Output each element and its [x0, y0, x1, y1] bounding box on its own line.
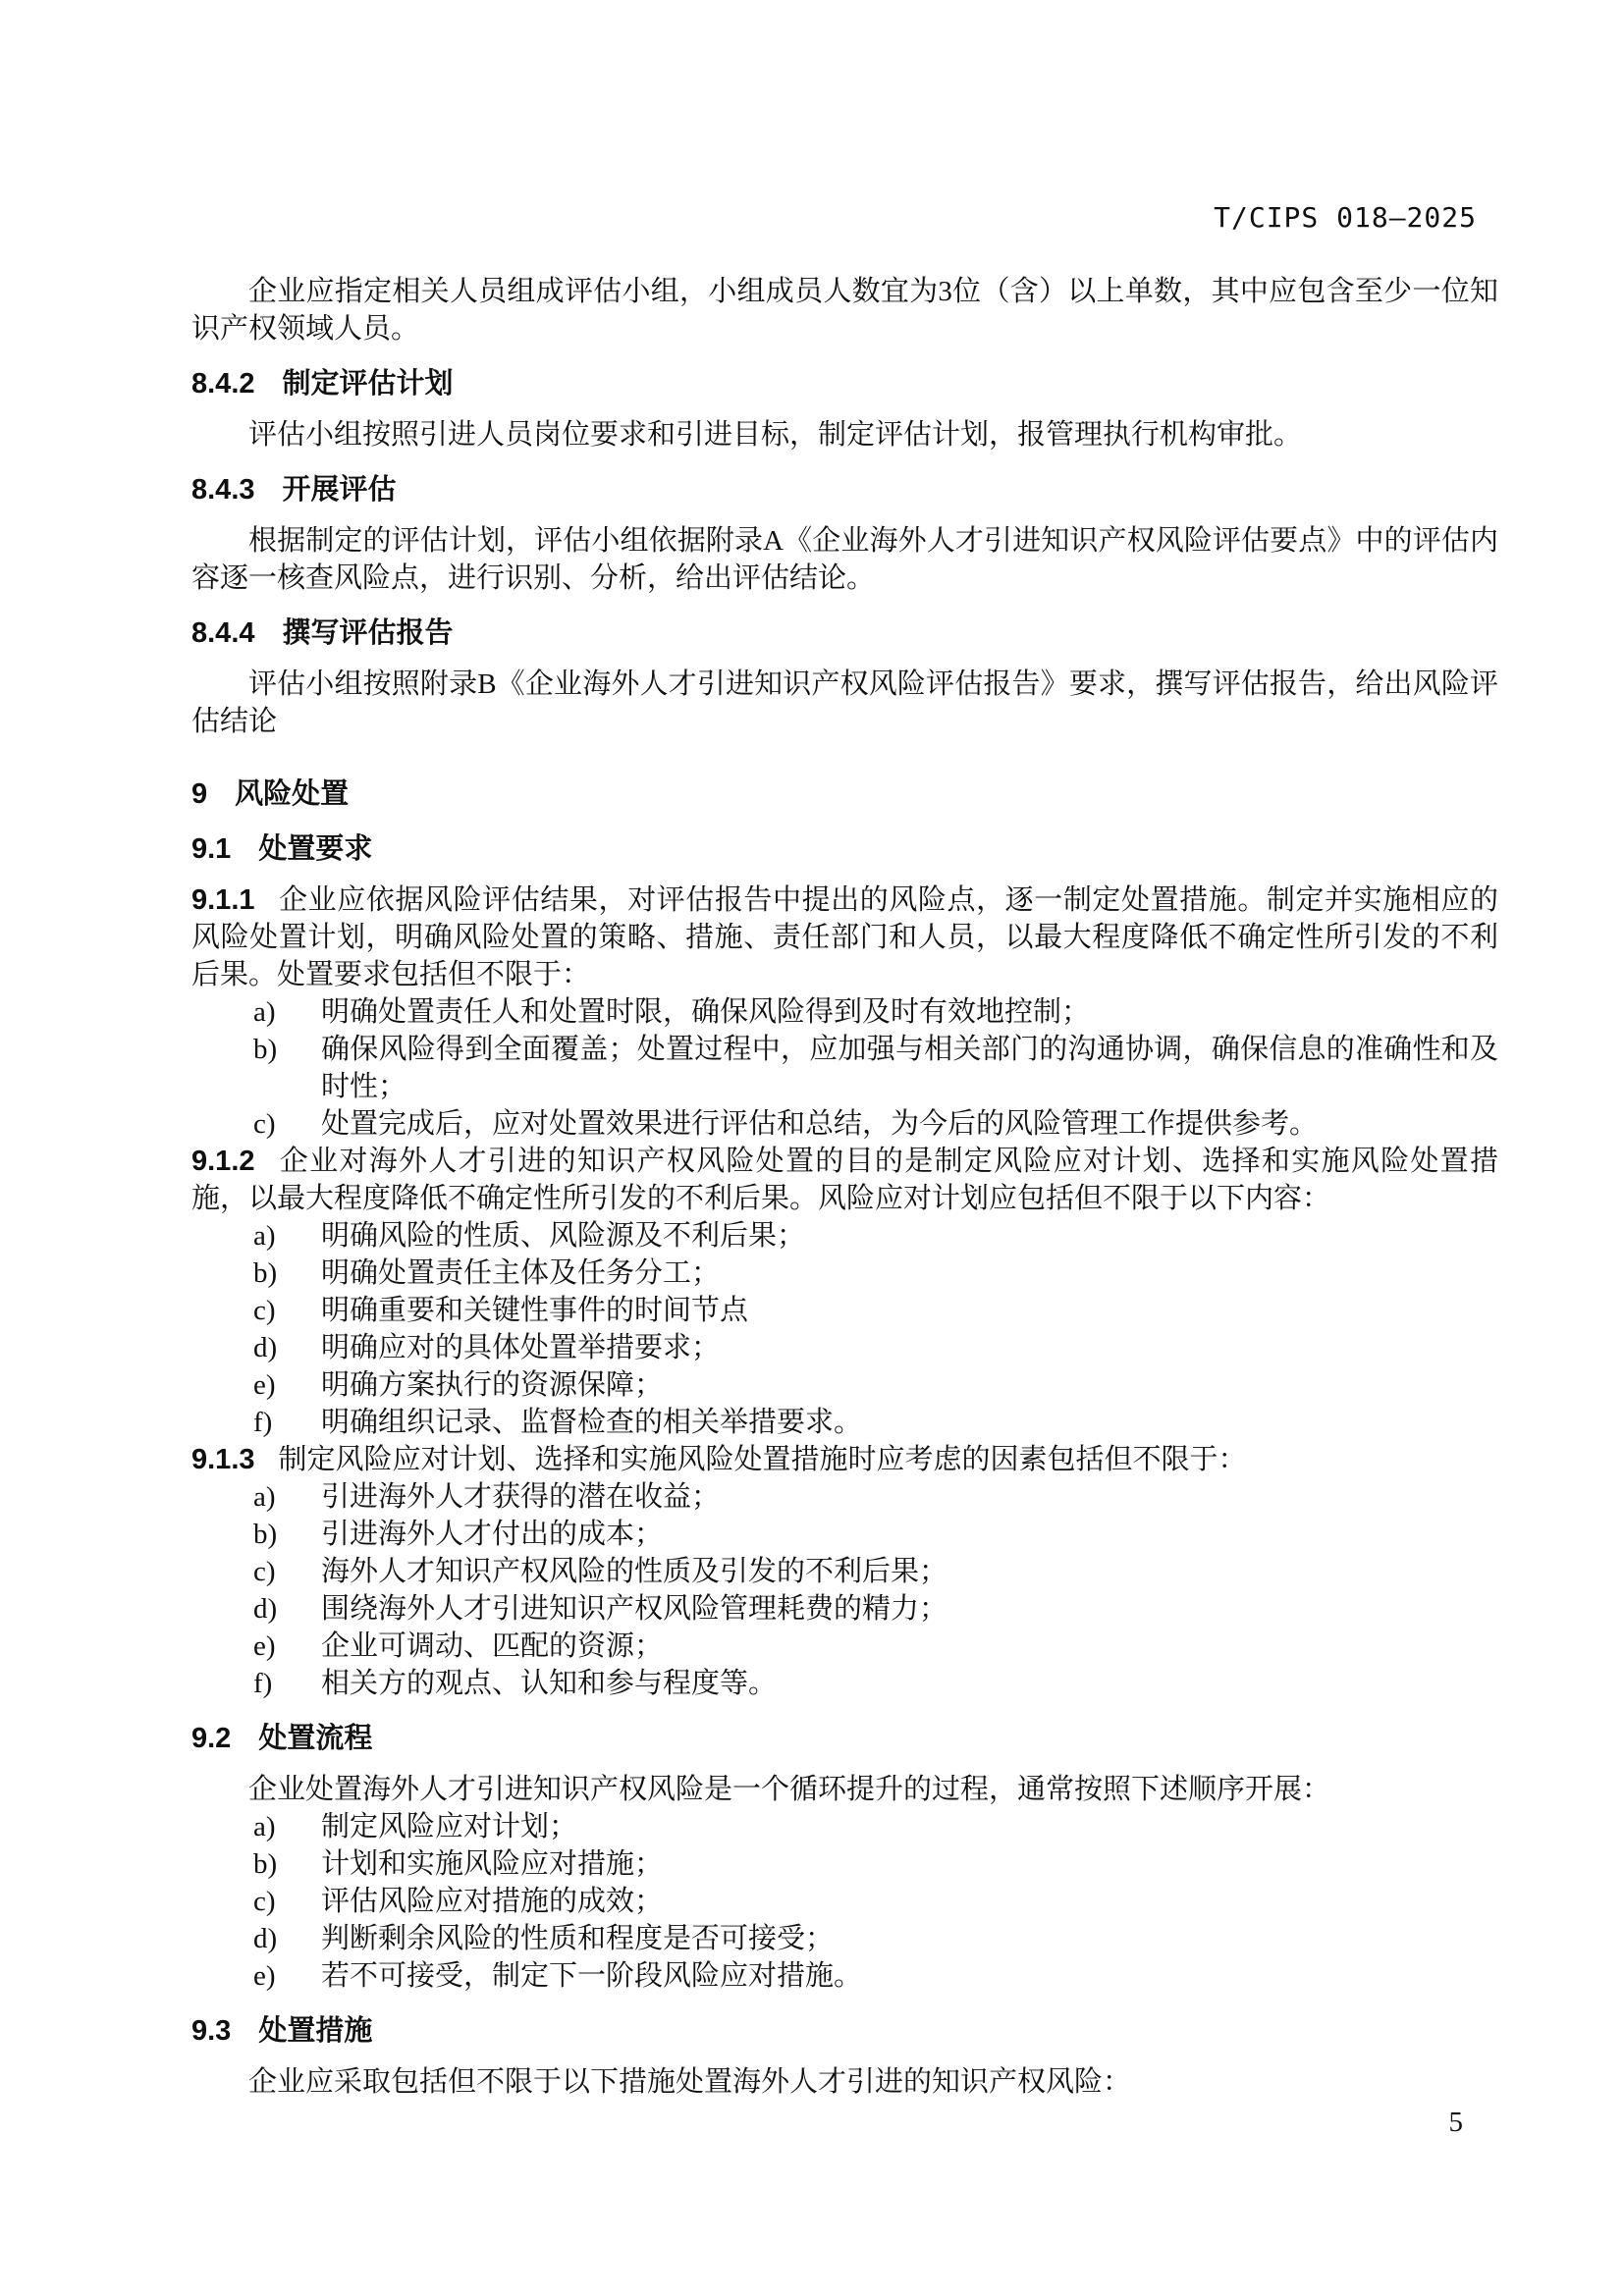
- paragraph: 评估小组按照附录B《企业海外人才引进知识产权风险评估报告》要求，撰写评估报告，给…: [191, 666, 1498, 740]
- list-item-text: 明确处置责任人和处置时限，确保风险得到及时有效地控制；: [321, 996, 1090, 1028]
- clause-paragraph: 9.1.3制定风险应对计划、选择和实施风险处置措施时应考虑的因素包括但不限于：: [191, 1441, 1498, 1478]
- list-item-text: 判断剩余风险的性质和程度是否可接受；: [321, 1923, 834, 1954]
- list-item: a)明确处置责任人和处置时限，确保风险得到及时有效地控制；: [191, 993, 1498, 1031]
- section-heading: 9.1处置要求: [191, 830, 1498, 868]
- heading-number: 9: [191, 778, 207, 810]
- list-item: d)围绕海外人才引进知识产权风险管理耗费的精力；: [191, 1590, 1498, 1628]
- list-item-marker: a): [253, 1808, 276, 1845]
- heading-number: 9.3: [191, 2015, 231, 2047]
- list-item-marker: b): [253, 1516, 277, 1553]
- list-item: b)明确处置责任主体及任务分工；: [191, 1255, 1498, 1292]
- list-item-marker: d): [253, 1590, 277, 1628]
- heading-title: 撰写评估报告: [283, 617, 454, 649]
- clause-text: 企业对海外人才引进的知识产权风险处置的目的是制定风险应对计划、选择和实施风险处置…: [191, 1146, 1498, 1214]
- list-item-text: 引进海外人才付出的成本；: [321, 1519, 663, 1550]
- list-item: a)制定风险应对计划；: [191, 1808, 1498, 1845]
- page-number: 5: [1449, 2107, 1464, 2139]
- list-item: f)相关方的观点、认知和参与程度等。: [191, 1665, 1498, 1702]
- heading-title: 处置措施: [258, 2015, 372, 2047]
- list-item-text: 明确风险的性质、风险源及不利后果；: [321, 1220, 805, 1252]
- list-item-marker: f): [253, 1404, 272, 1441]
- heading-title: 处置流程: [258, 1723, 372, 1754]
- clause-paragraph: 9.1.2企业对海外人才引进的知识产权风险处置的目的是制定风险应对计划、选择和实…: [191, 1143, 1498, 1217]
- chapter-heading: 9风险处置: [191, 775, 1498, 813]
- list-item-text: 评估风险应对措施的成效；: [321, 1886, 663, 1917]
- list-item-text: 明确方案执行的资源保障；: [321, 1369, 663, 1401]
- list-item-text: 围绕海外人才引进知识产权风险管理耗费的精力；: [321, 1593, 947, 1625]
- section-heading: 8.4.2制定评估计划: [191, 365, 1498, 402]
- list-item-marker: b): [253, 1845, 277, 1883]
- section-heading: 9.3处置措施: [191, 2012, 1498, 2050]
- clause-number: 9.1.1: [191, 884, 255, 916]
- list-item: b)计划和实施风险应对措施；: [191, 1845, 1498, 1883]
- list-item-text: 处置完成后，应对处置效果进行评估和总结，为今后的风险管理工作提供参考。: [321, 1108, 1318, 1140]
- paragraph: 企业应指定相关人员组成评估小组，小组成员人数宜为3位（含）以上单数，其中应包含至…: [191, 273, 1498, 347]
- heading-title: 风险处置: [235, 778, 349, 810]
- list-item-text: 相关方的观点、认知和参与程度等。: [321, 1668, 777, 1699]
- list-item-marker: c): [253, 1553, 276, 1590]
- list-item-text: 明确应对的具体处置举措要求；: [321, 1332, 720, 1363]
- section-heading: 9.2处置流程: [191, 1720, 1498, 1757]
- list-item: e)若不可接受，制定下一阶段风险应对措施。: [191, 1957, 1498, 1995]
- list-item-text: 确保风险得到全面覆盖；处置过程中，应加强与相关部门的沟通协调，确保信息的准确性和…: [321, 1034, 1498, 1102]
- document-page: T/CIPS 018—2025 企业应指定相关人员组成评估小组，小组成员人数宜为…: [0, 0, 1624, 2296]
- list-item: a)引进海外人才获得的潜在收益；: [191, 1478, 1498, 1516]
- list-item-marker: f): [253, 1665, 272, 1702]
- list-item-marker: a): [253, 1217, 276, 1255]
- document-body: 企业应指定相关人员组成评估小组，小组成员人数宜为3位（含）以上单数，其中应包含至…: [191, 273, 1498, 2101]
- list-item: d)明确应对的具体处置举措要求；: [191, 1329, 1498, 1366]
- list-item-text: 若不可接受，制定下一阶段风险应对措施。: [321, 1960, 862, 1992]
- list-item: b)确保风险得到全面覆盖；处置过程中，应加强与相关部门的沟通协调，确保信息的准确…: [191, 1031, 1498, 1105]
- list-item-text: 企业可调动、匹配的资源；: [321, 1630, 663, 1662]
- list-item-text: 明确重要和关键性事件的时间节点: [321, 1295, 748, 1326]
- list-item-marker: d): [253, 1329, 277, 1366]
- section-heading: 8.4.3开展评估: [191, 471, 1498, 508]
- list-item: e)明确方案执行的资源保障；: [191, 1366, 1498, 1404]
- paragraph: 企业处置海外人才引进知识产权风险是一个循环提升的过程，通常按照下述顺序开展：: [191, 1771, 1498, 1808]
- list-item: f)明确组织记录、监督检查的相关举措要求。: [191, 1404, 1498, 1441]
- list-item: c)明确重要和关键性事件的时间节点: [191, 1292, 1498, 1329]
- heading-number: 9.2: [191, 1723, 231, 1754]
- list-item-marker: c): [253, 1292, 276, 1329]
- list-item-marker: c): [253, 1105, 276, 1143]
- list-item: c)处置完成后，应对处置效果进行评估和总结，为今后的风险管理工作提供参考。: [191, 1105, 1498, 1143]
- list-item: b)引进海外人才付出的成本；: [191, 1516, 1498, 1553]
- clause-number: 9.1.2: [191, 1146, 255, 1177]
- paragraph: 企业应采取包括但不限于以下措施处置海外人才引进的知识产权风险：: [191, 2063, 1498, 2101]
- heading-title: 开展评估: [283, 474, 397, 506]
- document-number-header: T/CIPS 018—2025: [1214, 201, 1477, 234]
- heading-number: 8.4.4: [191, 617, 255, 649]
- list-item: e)企业可调动、匹配的资源；: [191, 1628, 1498, 1665]
- heading-number: 8.4.2: [191, 368, 255, 400]
- list-item: a)明确风险的性质、风险源及不利后果；: [191, 1217, 1498, 1255]
- list-item-marker: a): [253, 993, 276, 1031]
- paragraph: 评估小组按照引进人员岗位要求和引进目标，制定评估计划，报管理执行机构审批。: [191, 416, 1498, 454]
- clause-number: 9.1.3: [191, 1444, 255, 1475]
- list-item-marker: e): [253, 1628, 276, 1665]
- paragraph: 根据制定的评估计划，评估小组依据附录A《企业海外人才引进知识产权风险评估要点》中…: [191, 522, 1498, 597]
- clause-text: 制定风险应对计划、选择和实施风险处置措施时应考虑的因素包括但不限于：: [279, 1444, 1247, 1475]
- list-item-text: 计划和实施风险应对措施；: [321, 1848, 663, 1880]
- list-item-marker: c): [253, 1883, 276, 1920]
- list-item-marker: d): [253, 1920, 277, 1957]
- clause-paragraph: 9.1.1企业应依据风险评估结果，对评估报告中提出的风险点，逐一制定处置措施。制…: [191, 881, 1498, 993]
- heading-number: 9.1: [191, 833, 231, 865]
- list-item-marker: b): [253, 1031, 277, 1068]
- list-item: d)判断剩余风险的性质和程度是否可接受；: [191, 1920, 1498, 1957]
- clause-text: 企业应依据风险评估结果，对评估报告中提出的风险点，逐一制定处置措施。制定并实施相…: [191, 884, 1498, 990]
- heading-title: 处置要求: [258, 833, 372, 865]
- list-item-text: 海外人才知识产权风险的性质及引发的不利后果；: [321, 1556, 947, 1587]
- list-item: c)评估风险应对措施的成效；: [191, 1883, 1498, 1920]
- list-item-text: 明确处置责任主体及任务分工；: [321, 1257, 720, 1289]
- list-item-text: 明确组织记录、监督检查的相关举措要求。: [321, 1407, 862, 1438]
- list-item-text: 引进海外人才获得的潜在收益；: [321, 1481, 720, 1513]
- list-item: c)海外人才知识产权风险的性质及引发的不利后果；: [191, 1553, 1498, 1590]
- list-item-marker: a): [253, 1478, 276, 1516]
- list-item-marker: e): [253, 1366, 276, 1404]
- section-heading: 8.4.4撰写评估报告: [191, 614, 1498, 652]
- heading-number: 8.4.3: [191, 474, 255, 506]
- heading-title: 制定评估计划: [283, 368, 454, 400]
- list-item-marker: b): [253, 1255, 277, 1292]
- list-item-marker: e): [253, 1957, 276, 1995]
- list-item-text: 制定风险应对计划；: [321, 1811, 577, 1842]
